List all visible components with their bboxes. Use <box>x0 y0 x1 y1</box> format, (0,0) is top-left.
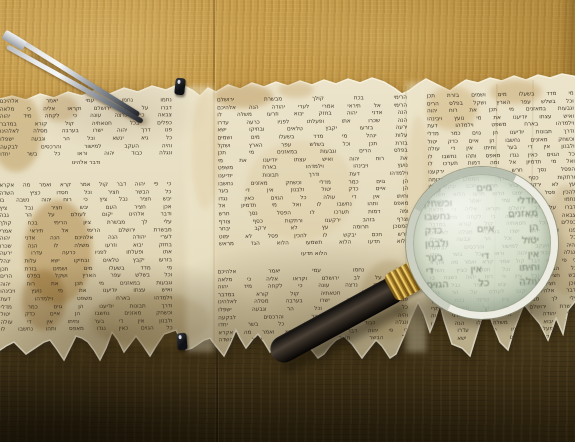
scroll-text-line: ונגלה כבוד יהוה וראו כל בשר יחדו <box>0 150 172 159</box>
pin-glint <box>177 80 180 84</box>
scroll-text-line: כל הגוים כאין נגדו מאפס ותהו נחשבו לו <box>1 326 173 335</box>
scroll-column-1-lower: כי פי יהוה דבר קול אמר קרא ואמר מה אקראכ… <box>0 181 173 334</box>
pin-glint <box>178 335 181 339</box>
scroll-paragraph-break-2: הלוא תדעו <box>256 251 372 259</box>
scroll-paragraph-break-1: ודבר אלהינו <box>30 160 142 168</box>
scroll-column-2-upper: הרימי בכח קולך מבשרת ירושלםהרימי אל תירא… <box>217 95 409 250</box>
mounting-pin-bottom <box>176 333 187 351</box>
mounting-pin-top <box>174 78 186 96</box>
photo-dead-sea-scroll-display: נחמו נחמו עמי יאמר אלהיכםדברו על לב ירוש… <box>0 0 575 442</box>
scroll-column-1-upper: נחמו נחמו עמי יאמר אלהיכםדברו על לב ירוש… <box>0 97 172 159</box>
scroll-text-line: הלוא תדעו הלוא תשמעו הלוא הגד מראש <box>219 239 409 249</box>
